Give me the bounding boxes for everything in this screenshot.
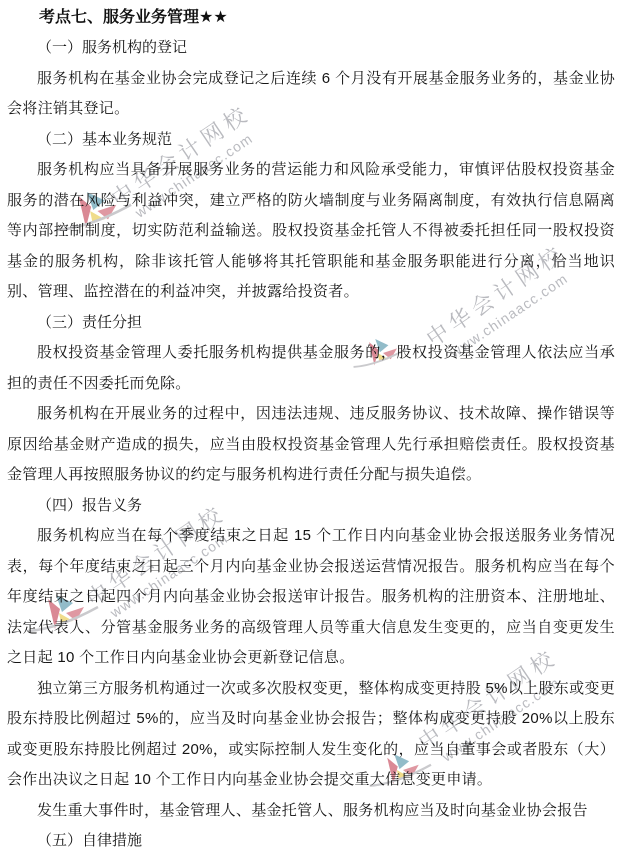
- paragraph: 服务机构应当具备开展服务业务的营运能力和风险承受能力，审慎评估股权投资基金服务的…: [7, 155, 615, 308]
- document-content: 考点七、服务业务管理★★ （一）服务机构的登记 服务机构在基金业协会完成登记之后…: [0, 0, 623, 857]
- document-page: 中华会计网校 www.chinaacc.com 中华会计网校 www.china…: [0, 0, 623, 857]
- section-heading-2: （二）基本业务规范: [7, 125, 615, 156]
- paragraph: 股权投资基金管理人委托服务机构提供基金服务的，股权投资基金管理人依法应当承担的责…: [7, 338, 615, 399]
- paragraph: 服务机构应当在每个季度结束之日起 15 个工作日内向基金业协会报送服务业务情况表…: [7, 521, 615, 674]
- paragraph: 独立第三方服务机构通过一次或多次股权变更，整体构成变更持股 5%以上股东或变更股…: [7, 674, 615, 796]
- paragraph: 发生重大事件时，基金管理人、基金托管人、服务机构应当及时向基金业协会报告: [7, 796, 615, 827]
- section-heading-1: （一）服务机构的登记: [7, 33, 615, 64]
- section-heading-3: （三）责任分担: [7, 308, 615, 339]
- section-heading-5: （五）自律措施: [7, 826, 615, 857]
- page-title: 考点七、服务业务管理★★: [7, 3, 615, 33]
- section-heading-4: （四）报告义务: [7, 491, 615, 522]
- paragraph: 服务机构在开展业务的过程中，因违法违规、违反服务协议、技术故障、操作错误等原因给…: [7, 399, 615, 491]
- paragraph: 服务机构在基金业协会完成登记之后连续 6 个月没有开展基金服务业务的，基金业协会…: [7, 64, 615, 125]
